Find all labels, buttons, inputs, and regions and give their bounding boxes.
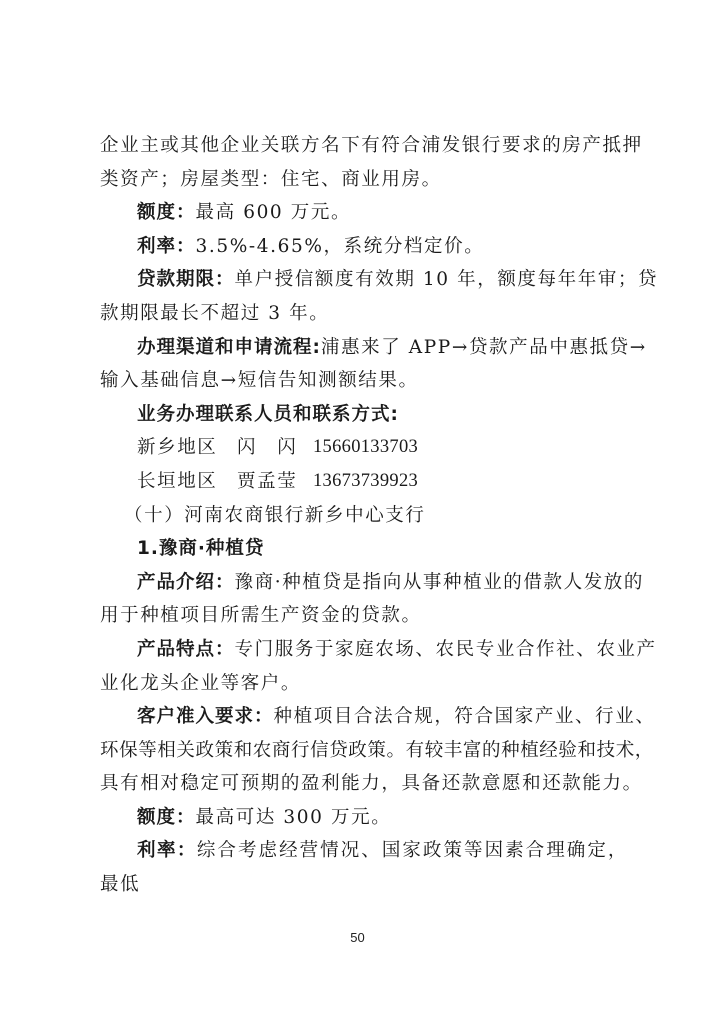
product-amount-value: 最高可达 300 万元。 [196,807,392,828]
customer-requirements-label: 客户准入要求： [137,706,274,727]
loan-term-label: 贷款期限： [137,269,235,290]
document-page: 企业主或其他企业关联方名下有符合浦发银行要求的房产抵押 类资产；房屋类型：住宅、… [100,129,628,902]
text-line: 产品介绍：豫商·种植贷是指向从事种植业的借款人发放的 [100,566,628,600]
contact-name: 贾孟莹 [237,465,313,499]
text-line: 办理渠道和申请流程:浦惠来了 APP→贷款产品中惠抵贷→ [100,331,628,365]
product-rate-paragraph: 利率：综合考虑经营情况、国家政策等因素合理确定，最低 [100,834,628,901]
customer-requirements-text: 种植项目合法合规，符合国家产业、行业、 [274,706,656,727]
text-line: 环保等相关政策和农商行信贷政策。有较丰富的种植经验和技术， [100,734,628,768]
contact-heading: 业务办理联系人员和联系方式: [137,404,399,425]
product-intro-label: 产品介绍： [137,572,235,593]
contact-region: 长垣地区 [137,465,237,499]
page-number: 50 [0,930,715,945]
contact-name: 闪 闪 [237,431,313,465]
amount-label: 额度： [137,202,196,223]
application-channel-label: 办理渠道和申请流程: [137,337,321,358]
product-amount-label: 额度： [137,807,196,828]
text-line: 款期限最长不超过 3 年。 [100,297,628,331]
collateral-paragraph: 企业主或其他企业关联方名下有符合浦发银行要求的房产抵押 类资产；房屋类型：住宅、… [100,129,628,196]
amount-value: 最高 600 万元。 [196,202,352,223]
text-line: 企业主或其他企业关联方名下有符合浦发银行要求的房产抵押 [100,129,628,163]
text-line: 贷款期限：单户授信额度有效期 10 年，额度每年年审；贷 [100,263,628,297]
product-rate-label: 利率： [137,840,197,861]
product-heading: 1.豫商·种植贷 [137,538,264,559]
text-line: 用于种植项目所需生产资金的贷款。 [100,599,628,633]
product-features-label: 产品特点： [137,639,235,660]
text-line: 类资产；房屋类型：住宅、商业用房。 [100,163,628,197]
contact-heading-paragraph: 业务办理联系人员和联系方式: [100,398,628,432]
loan-term-text: 单户授信额度有效期 10 年，额度每年年审；贷 [235,269,659,290]
product-features-text: 专门服务于家庭农场、农民专业合作社、农业产 [235,639,657,660]
text-line: 客户准入要求：种植项目合法合规，符合国家产业、行业、 [100,700,628,734]
text-line: 产品特点：专门服务于家庭农场、农民专业合作社、农业产 [100,633,628,667]
application-channel-paragraph: 办理渠道和申请流程:浦惠来了 APP→贷款产品中惠抵贷→ 输入基础信息→短信告知… [100,331,628,398]
contact-region: 新乡地区 [137,431,237,465]
product-features-paragraph: 产品特点：专门服务于家庭农场、农民专业合作社、农业产 业化龙头企业等客户。 [100,633,628,700]
section-heading: （十）河南农商银行新乡中心支行 [100,499,628,533]
product-heading-paragraph: 1.豫商·种植贷 [100,532,628,566]
contact-row: 新乡地区 闪 闪 15660133703 [100,431,628,465]
rate-label: 利率： [137,236,196,257]
text-line: 输入基础信息→短信告知测额结果。 [100,364,628,398]
contact-phone: 15660133703 [313,431,418,465]
customer-requirements-paragraph: 客户准入要求：种植项目合法合规，符合国家产业、行业、 环保等相关政策和农商行信贷… [100,700,628,801]
rate-value: 3.5%-4.65%，系统分档定价。 [196,236,485,257]
product-intro-text: 豫商·种植贷是指向从事种植业的借款人发放的 [235,572,644,593]
application-channel-text: 浦惠来了 APP→贷款产品中惠抵贷→ [321,337,647,358]
loan-term-paragraph: 贷款期限：单户授信额度有效期 10 年，额度每年年审；贷 款期限最长不超过 3 … [100,263,628,330]
rate-paragraph: 利率：3.5%-4.65%，系统分档定价。 [100,230,628,264]
product-amount-paragraph: 额度：最高可达 300 万元。 [100,801,628,835]
contact-phone: 13673739923 [313,465,418,499]
contact-row: 长垣地区 贾孟莹 13673739923 [100,465,628,499]
text-line: 业化龙头企业等客户。 [100,667,628,701]
product-intro-paragraph: 产品介绍：豫商·种植贷是指向从事种植业的借款人发放的 用于种植项目所需生产资金的… [100,566,628,633]
amount-paragraph: 额度：最高 600 万元。 [100,196,628,230]
text-line: 具有相对稳定可预期的盈利能力，具备还款意愿和还款能力。 [100,767,628,801]
